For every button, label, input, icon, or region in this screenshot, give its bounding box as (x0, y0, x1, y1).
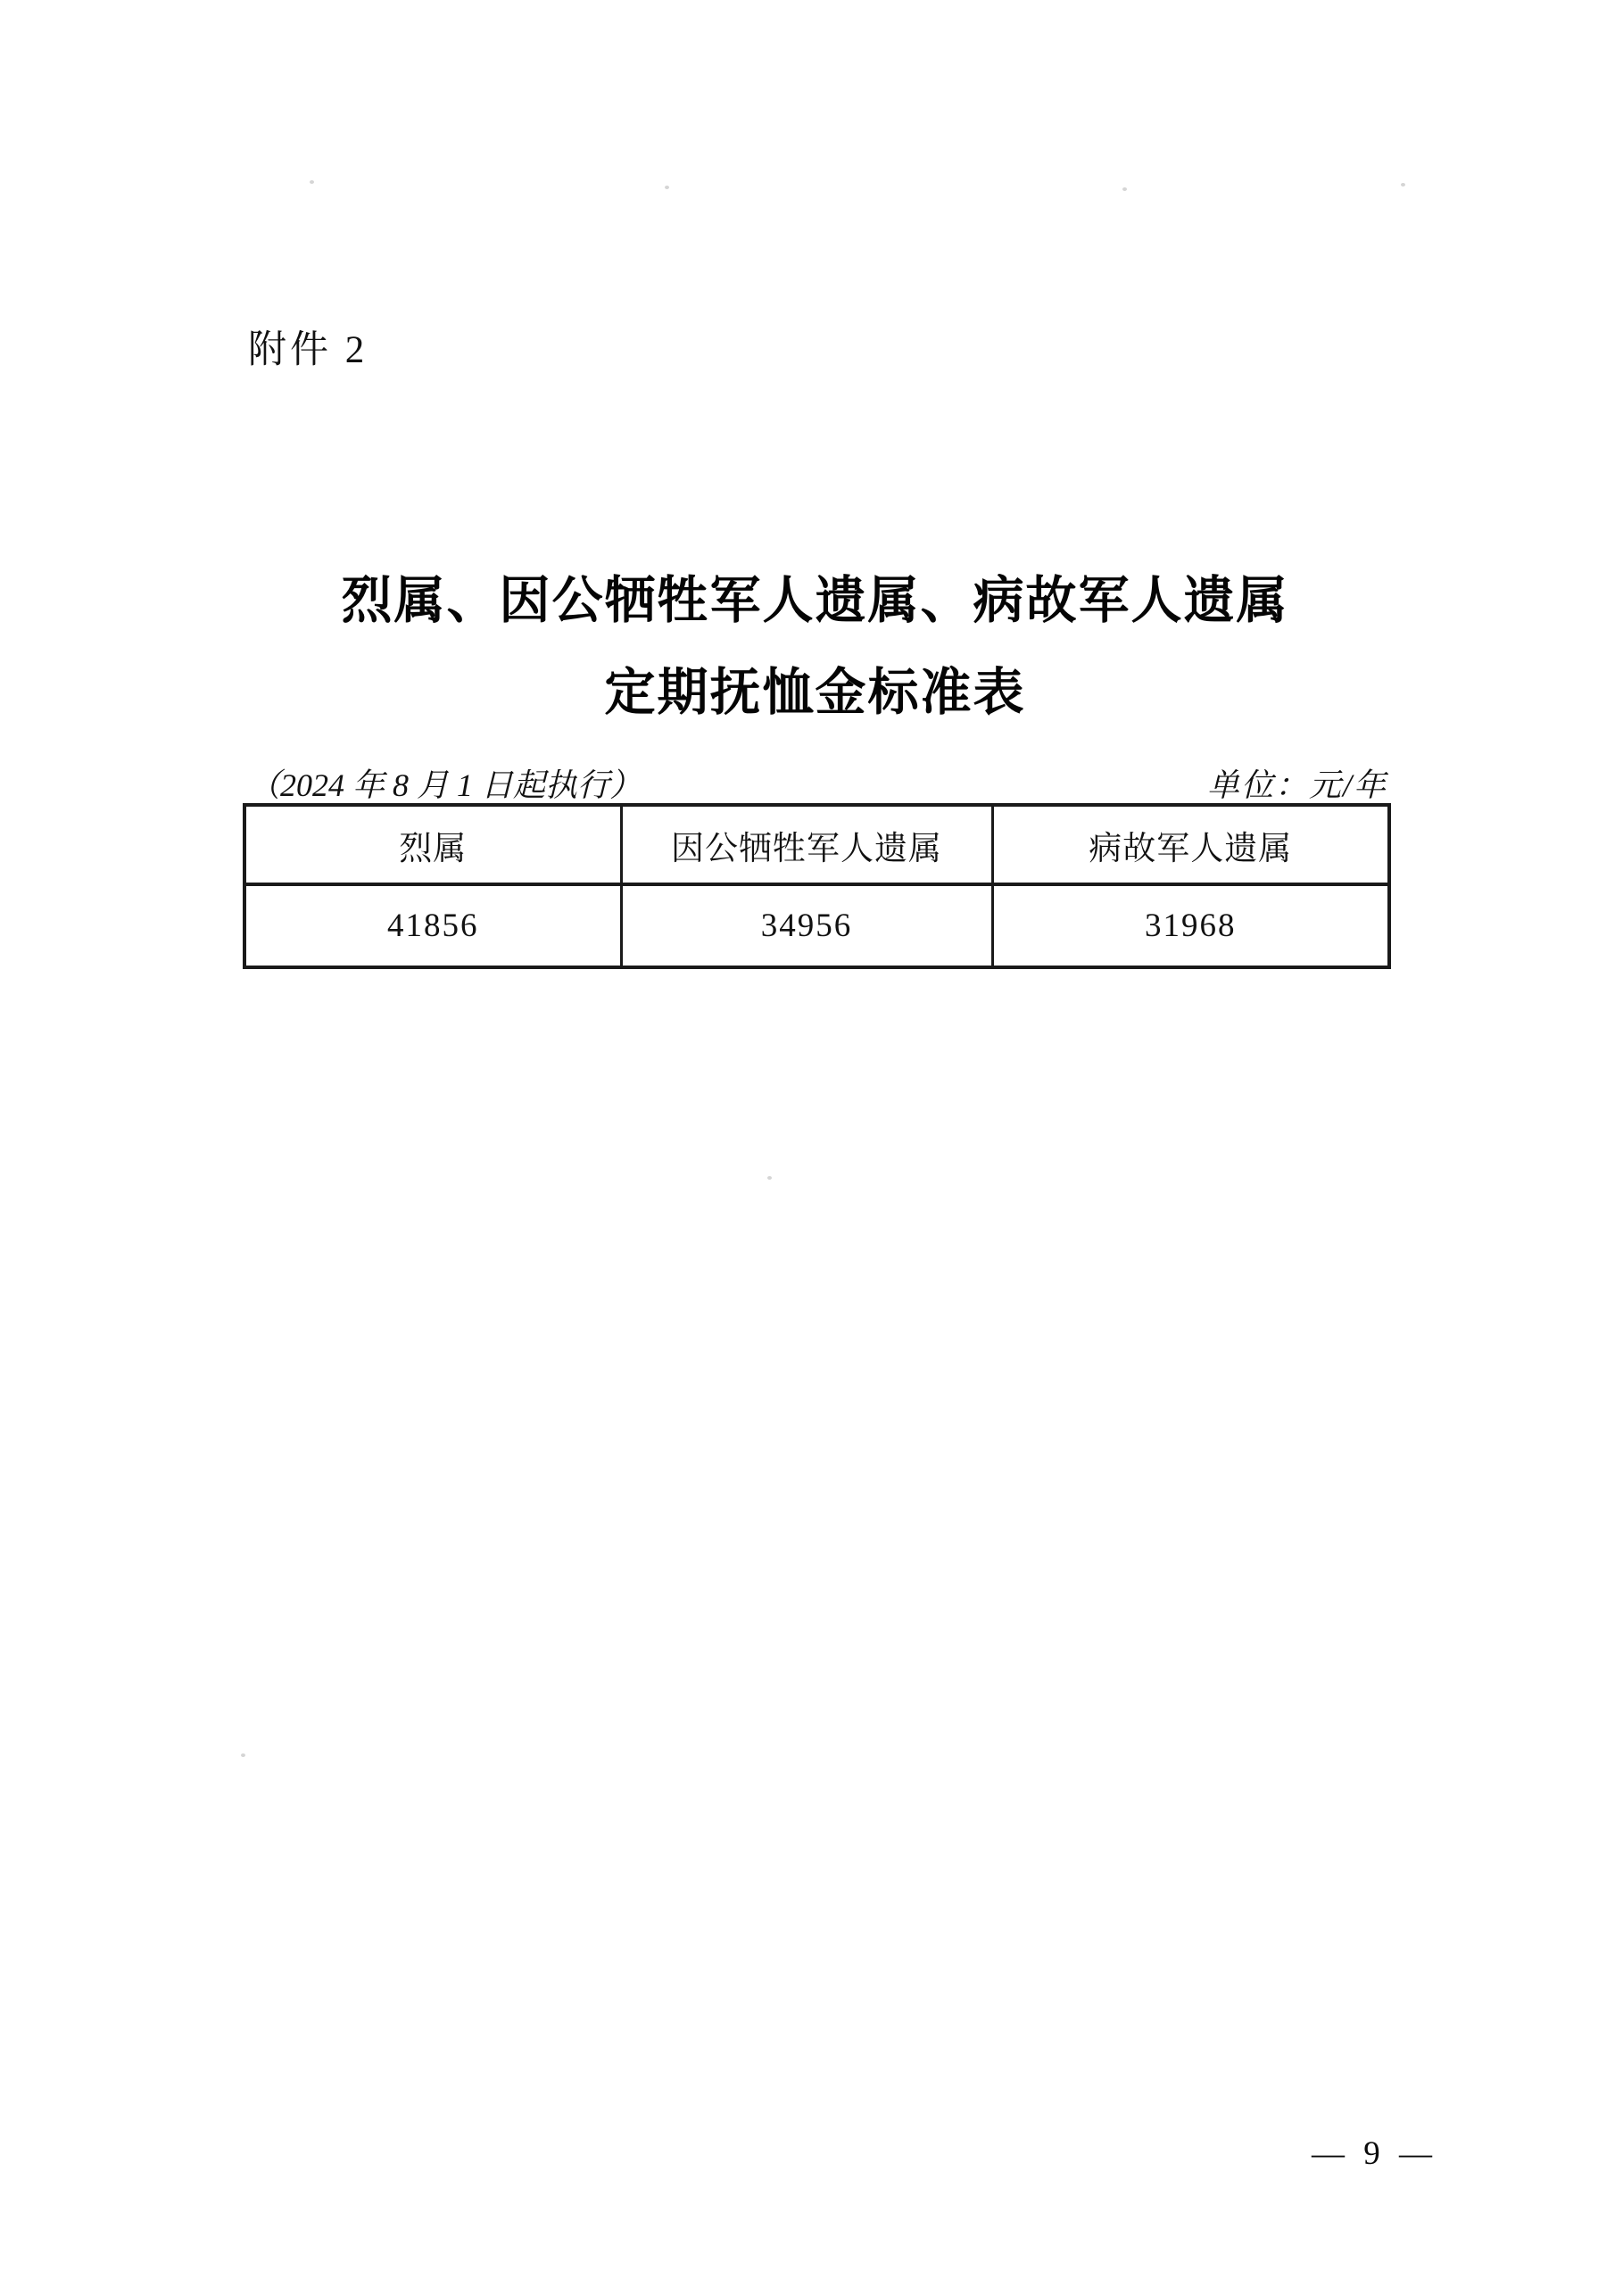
header-cell-binggu: 病故军人遗属 (992, 805, 1389, 884)
table-value-row: 41856 34956 31968 (244, 884, 1389, 967)
scan-speck (310, 180, 314, 184)
effective-date-note: （2024 年 8 月 1 日起执行） (248, 760, 642, 806)
table-header-row: 烈属 因公牺牲军人遗属 病故军人遗属 (244, 805, 1389, 884)
header-cell-yingong-xisheng: 因公牺牲军人遗属 (621, 805, 992, 884)
scan-speck (1401, 183, 1405, 186)
page-number: — 9 — (1312, 2134, 1437, 2173)
scan-speck (241, 1753, 245, 1757)
scan-speck (665, 186, 669, 189)
title-line-2: 定期抚恤金标准表 (243, 647, 1387, 739)
pension-standard-table: 烈属 因公牺牲军人遗属 病故军人遗属 41856 34956 31968 (243, 803, 1391, 969)
value-cell-lieshu: 41856 (244, 884, 621, 967)
value-cell-binggu: 31968 (992, 884, 1389, 967)
document-page: 附件 2 烈属、因公牺牲军人遗属、病故军人遗属 定期抚恤金标准表 （2024 年… (0, 0, 1623, 2296)
unit-note: 单位：元/年 (1207, 760, 1387, 806)
attachment-label: 附件 2 (248, 319, 368, 374)
table-meta-row: （2024 年 8 月 1 日起执行） 单位：元/年 (248, 760, 1387, 806)
scan-speck (1122, 187, 1127, 191)
value-cell-yingong-xisheng: 34956 (621, 884, 992, 967)
title-line-1: 烈属、因公牺牲军人遗属、病故军人遗属 (243, 555, 1387, 647)
scan-speck (767, 1176, 772, 1180)
header-cell-lieshu: 烈属 (244, 805, 621, 884)
document-title: 烈属、因公牺牲军人遗属、病故军人遗属 定期抚恤金标准表 (243, 555, 1387, 739)
